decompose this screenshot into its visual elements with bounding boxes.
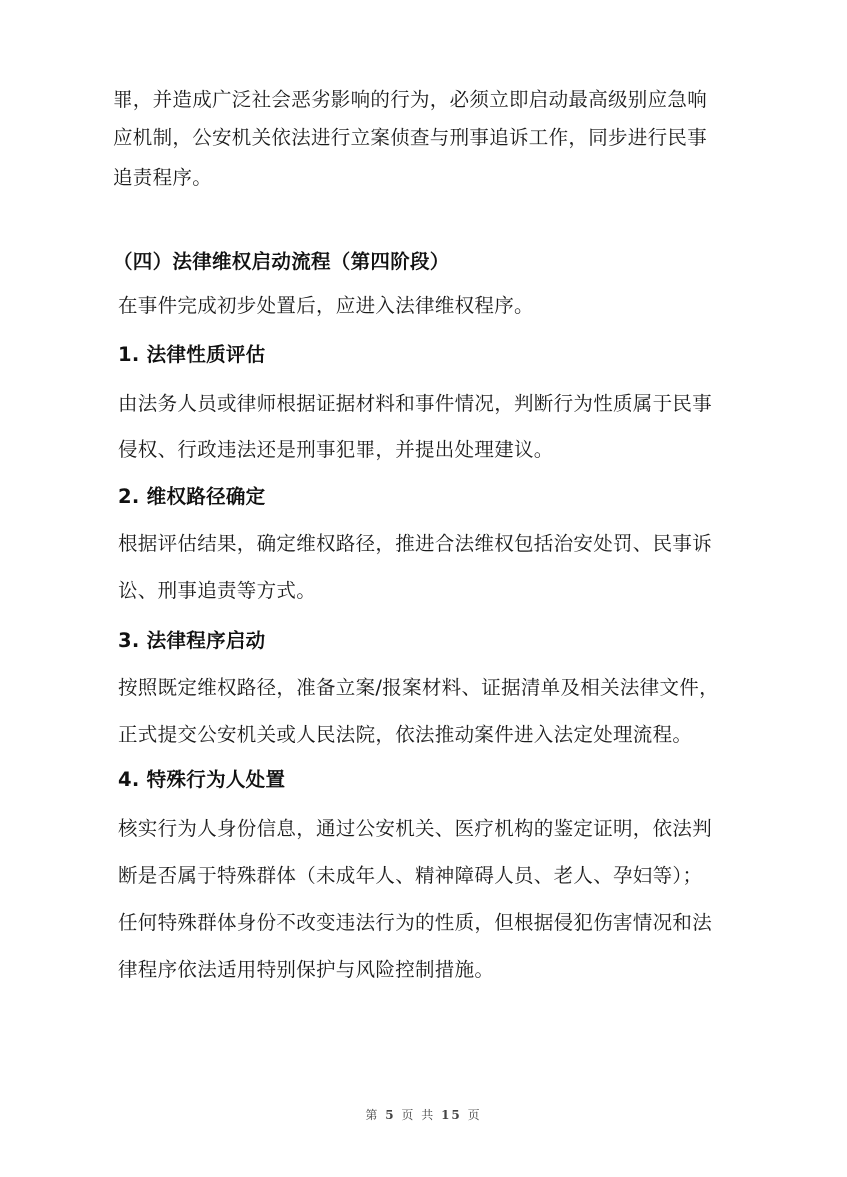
item-2-line: 根据评估结果，确定维权路径，推进合法维权包括治安处罚、民事诉 — [118, 530, 738, 558]
paragraph-line: 应机制，公安机关依法进行立案侦查与刑事追诉工作，同步进行民事 — [113, 124, 733, 152]
item-title-3: 3. 法律程序启动 — [118, 627, 738, 655]
item-title-1: 1. 法律性质评估 — [118, 341, 738, 369]
item-4-line: 核实行为人身份信息，通过公安机关、医疗机构的鉴定证明，依法判 — [118, 815, 738, 843]
footer-prefix: 第 — [365, 1108, 379, 1122]
footer-suffix: 页 — [468, 1108, 482, 1122]
document-page: 罪，并造成广泛社会恶劣影响的行为，必须立即启动最高级别应急响 应机制，公安机关依… — [0, 0, 847, 1177]
total-pages-number: 15 — [441, 1108, 462, 1122]
current-page-number: 5 — [385, 1108, 395, 1122]
section-intro: 在事件完成初步处置后，应进入法律维权程序。 — [118, 292, 738, 320]
page-footer: 第 5 页 共 15 页 — [0, 1106, 847, 1123]
footer-middle: 页 共 — [401, 1108, 435, 1122]
item-1-line: 由法务人员或律师根据证据材料和事件情况，判断行为性质属于民事 — [118, 390, 738, 418]
item-3-line: 正式提交公安机关或人民法院，依法推动案件进入法定处理流程。 — [118, 721, 738, 749]
item-3-line: 按照既定维权路径，准备立案/报案材料、证据清单及相关法律文件， — [118, 674, 738, 702]
paragraph-line: 追责程序。 — [113, 164, 733, 192]
item-1-line: 侵权、行政违法还是刑事犯罪，并提出处理建议。 — [118, 436, 738, 464]
item-4-line: 律程序依法适用特别保护与风险控制措施。 — [118, 956, 738, 984]
paragraph-line: 罪，并造成广泛社会恶劣影响的行为，必须立即启动最高级别应急响 — [113, 86, 733, 114]
item-2-line: 讼、刑事追责等方式。 — [118, 577, 738, 605]
item-title-2: 2. 维权路径确定 — [118, 483, 738, 511]
item-title-4: 4. 特殊行为人处置 — [118, 766, 738, 794]
section-heading: （四）法律维权启动流程（第四阶段） — [113, 248, 733, 276]
item-4-line: 任何特殊群体身份不改变违法行为的性质，但根据侵犯伤害情况和法 — [118, 909, 738, 937]
item-4-line: 断是否属于特殊群体（未成年人、精神障碍人员、老人、孕妇等）； — [118, 862, 738, 890]
